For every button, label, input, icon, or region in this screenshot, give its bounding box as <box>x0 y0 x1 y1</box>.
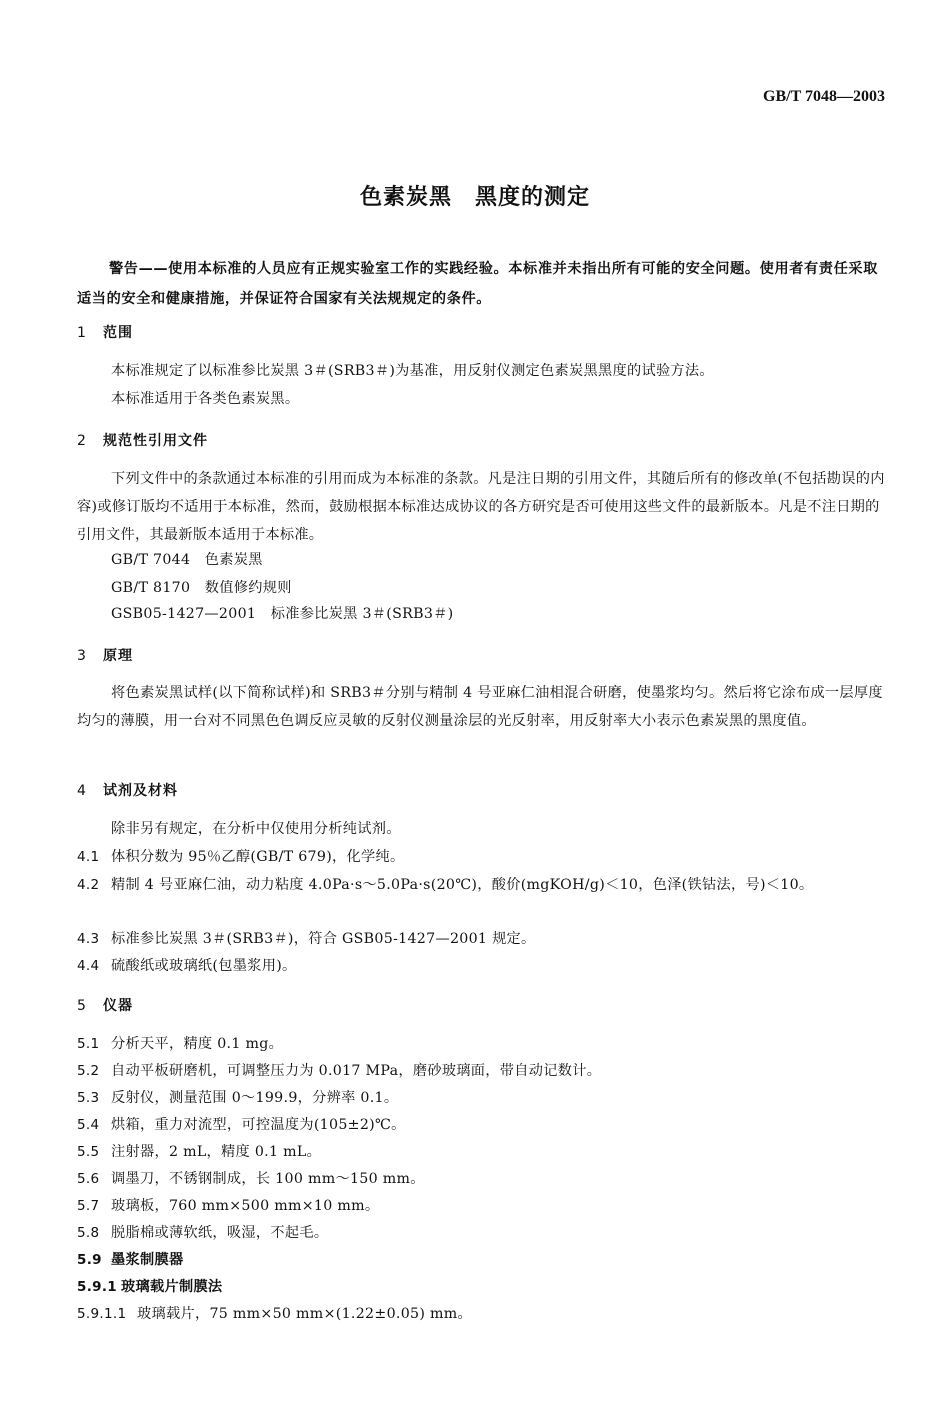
section-1-paragraph-1: 本标准规定了以标准参比炭黑 3＃(SRB3＃)为基准，用反射仪测定色素炭黑黑度的… <box>77 357 887 385</box>
item-number: 4.3 <box>77 925 111 953</box>
item-text: 玻璃板，760 mm×500 mm×10 mm。 <box>111 1198 379 1214</box>
section-title: 范围 <box>103 325 133 341</box>
section-title: 原理 <box>103 648 133 664</box>
item-text: 体积分数为 95％乙醇(GB/T 679)，化学纯。 <box>111 849 404 865</box>
section-number: 2 <box>77 433 103 449</box>
document-title: 色素炭黑 黑度的测定 <box>0 180 950 211</box>
item-text: 硫酸纸或玻璃纸(包墨浆用)。 <box>111 958 297 974</box>
list-item-5-4: 5.4烘箱，重力对流型，可控温度为(105±2)℃。 <box>77 1111 887 1139</box>
section-number: 3 <box>77 648 103 664</box>
section-title: 试剂及材料 <box>103 783 178 799</box>
item-number: 4.1 <box>77 843 111 871</box>
list-item-4-1: 4.1体积分数为 95％乙醇(GB/T 679)，化学纯。 <box>77 843 887 871</box>
item-number: 4.4 <box>77 952 111 980</box>
list-item-5-9-1-1: 5.9.1.1玻璃载片，75 mm×50 mm×(1.22±0.05) mm。 <box>77 1300 887 1328</box>
standard-number: GB/T 7048—2003 <box>763 88 885 106</box>
section-title: 规范性引用文件 <box>103 433 208 449</box>
list-item-5-2: 5.2自动平板研磨机，可调整压力为 0.017 MPa，磨砂玻璃面，带自动记数计… <box>77 1057 887 1085</box>
item-text: 墨浆制膜器 <box>111 1252 183 1268</box>
section-1-paragraph-2: 本标准适用于各类色素炭黑。 <box>77 385 887 413</box>
list-item-5-5: 5.5注射器，2 mL，精度 0.1 mL。 <box>77 1138 887 1166</box>
section-4-heading: 4试剂及材料 <box>77 780 178 800</box>
section-number: 1 <box>77 325 103 341</box>
warning-paragraph: 警告——使用本标准的人员应有正规实验室工作的实践经验。本标准并未指出所有可能的安… <box>77 254 887 314</box>
item-text: 标准参比炭黑 3＃(SRB3＃)，符合 GSB05-1427—2001 规定。 <box>111 931 536 947</box>
item-number: 5.5 <box>77 1138 111 1166</box>
item-text: 玻璃载片，75 mm×50 mm×(1.22±0.05) mm。 <box>137 1306 472 1322</box>
item-number: 5.4 <box>77 1111 111 1139</box>
section-title: 仪器 <box>103 998 133 1014</box>
list-item-4-2: 4.2精制 4 号亚麻仁油，动力粘度 4.0Pa·s～5.0Pa·s(20℃)，… <box>77 871 887 899</box>
reference-item: GSB05-1427—2001 标准参比炭黑 3＃(SRB3＃) <box>77 600 921 628</box>
reference-item: GB/T 7044 色素炭黑 <box>77 546 921 574</box>
section-3-paragraph: 将色素炭黑试样(以下简称试样)和 SRB3＃分别与精制 4 号亚麻仁油相混合研磨… <box>77 679 887 735</box>
item-text: 烘箱，重力对流型，可控温度为(105±2)℃。 <box>111 1117 406 1133</box>
reference-item: GB/T 8170 数值修约规则 <box>77 574 921 602</box>
list-item-5-6: 5.6调墨刀，不锈钢制成，长 100 mm～150 mm。 <box>77 1165 887 1193</box>
item-number: 5.2 <box>77 1057 111 1085</box>
item-text: 注射器，2 mL，精度 0.1 mL。 <box>111 1144 321 1160</box>
list-item-5-9: 5.9墨浆制膜器 <box>77 1246 887 1274</box>
list-item-5-8: 5.8脱脂棉或薄软纸，吸湿，不起毛。 <box>77 1219 887 1247</box>
section-number: 4 <box>77 783 103 799</box>
item-text: 脱脂棉或薄软纸，吸湿，不起毛。 <box>111 1225 328 1241</box>
section-3-heading: 3原理 <box>77 645 133 665</box>
section-number: 5 <box>77 998 103 1014</box>
item-number: 5.7 <box>77 1192 111 1220</box>
item-text: 调墨刀，不锈钢制成，长 100 mm～150 mm。 <box>111 1171 425 1187</box>
item-text: 玻璃载片制膜法 <box>121 1279 222 1295</box>
list-item-5-3: 5.3反射仪，测量范围 0～199.9，分辨率 0.1。 <box>77 1084 887 1112</box>
item-number: 5.9.1 <box>77 1273 121 1301</box>
section-2-paragraph: 下列文件中的条款通过本标准的引用而成为本标准的条款。凡是注日期的引用文件，其随后… <box>77 465 887 549</box>
item-number: 5.6 <box>77 1165 111 1193</box>
section-1-heading: 1范围 <box>77 322 133 342</box>
item-number: 5.8 <box>77 1219 111 1247</box>
item-number: 4.2 <box>77 871 111 899</box>
section-4-paragraph: 除非另有规定，在分析中仅使用分析纯试剂。 <box>77 815 887 843</box>
item-number: 5.9 <box>77 1246 111 1274</box>
item-text: 反射仪，测量范围 0～199.9，分辨率 0.1。 <box>111 1090 398 1106</box>
section-2-heading: 2规范性引用文件 <box>77 430 208 450</box>
item-text: 精制 4 号亚麻仁油，动力粘度 4.0Pa·s～5.0Pa·s(20℃)，酸价(… <box>111 877 813 893</box>
item-number: 5.1 <box>77 1030 111 1058</box>
list-item-5-9-1: 5.9.1玻璃载片制膜法 <box>77 1273 887 1301</box>
item-text: 分析天平，精度 0.1 mg。 <box>111 1036 283 1052</box>
list-item-5-7: 5.7玻璃板，760 mm×500 mm×10 mm。 <box>77 1192 887 1220</box>
item-text: 自动平板研磨机，可调整压力为 0.017 MPa，磨砂玻璃面，带自动记数计。 <box>111 1063 601 1079</box>
item-number: 5.3 <box>77 1084 111 1112</box>
list-item-4-4: 4.4硫酸纸或玻璃纸(包墨浆用)。 <box>77 952 887 980</box>
section-5-heading: 5仪器 <box>77 995 133 1015</box>
item-number: 5.9.1.1 <box>77 1300 137 1328</box>
list-item-4-3: 4.3标准参比炭黑 3＃(SRB3＃)，符合 GSB05-1427—2001 规… <box>77 925 887 953</box>
list-item-5-1: 5.1分析天平，精度 0.1 mg。 <box>77 1030 887 1058</box>
